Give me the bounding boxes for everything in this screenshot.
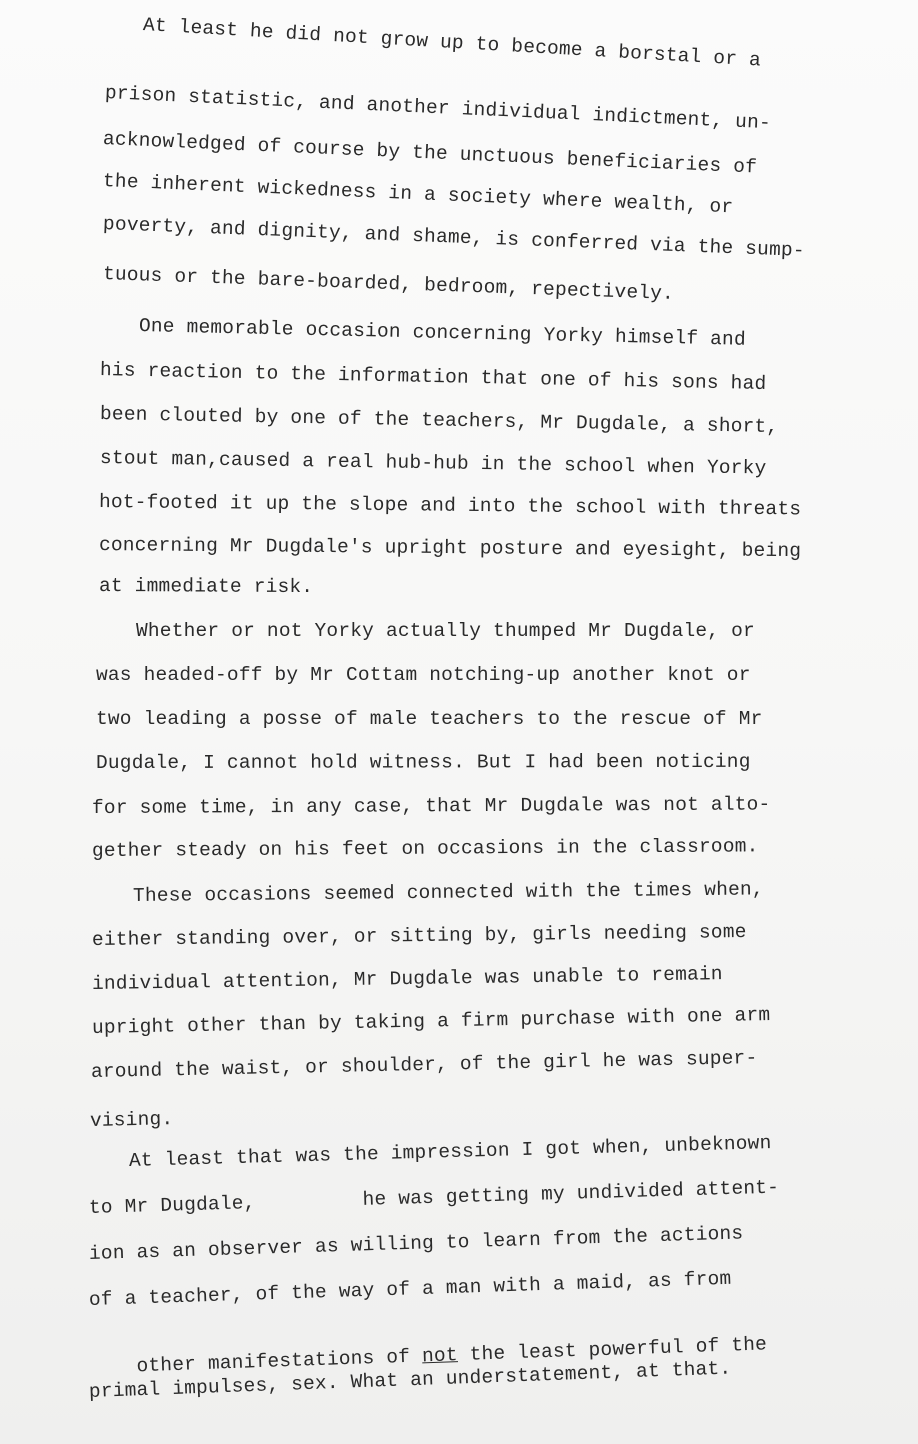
text-line: poverty, and dignity, and shame, is conf… [103,213,806,262]
text-line: the inherent wickedness in a society whe… [103,170,734,218]
text-line: individual attention, Mr Dugdale was una… [92,963,723,995]
text-line: at immediate risk. [99,575,313,598]
text-line: his reaction to the information that one… [100,359,767,395]
text-line: acknowledged of course by the unctuous b… [103,128,758,179]
text-line: upright other than by taking a firm purc… [92,1004,771,1039]
text-line: At least he did not grow up to become a … [142,14,761,72]
text-line: These occasions seemed connected with th… [133,878,764,907]
text-line: Dugdale, I cannot hold witness. But I ha… [96,751,751,774]
typewritten-page: At least he did not grow up to become a … [0,0,918,1444]
text-line: stout man,caused a real hub-hub in the s… [100,447,767,479]
text-line: tuous or the bare-boarded, bedroom, repe… [103,263,675,305]
text-line: vising. [90,1108,174,1132]
text-line: been clouted by one of the teachers, Mr … [100,403,779,438]
text-line: ion as an observer as willing to learn f… [89,1222,744,1265]
text-line: two leading a posse of male teachers to … [96,708,763,730]
text-line: Whether or not Yorky actually thumped Mr… [136,620,755,642]
text-line: either standing over, or sitting by, gir… [92,921,747,951]
text-line: was headed-off by Mr Cottam notching-up … [96,664,751,686]
text-line: At least that was the impression I got w… [129,1132,772,1172]
text-line: One memorable occasion concerning Yorky … [139,315,746,351]
text-line: for some time, in any case, that Mr Dugd… [92,793,771,819]
text-line: prison statistic, and another individual… [105,82,772,134]
text-line: to Mr Dugdale, he was getting my undivid… [89,1177,780,1219]
text-line: gether steady on his feet on occasions i… [92,835,759,862]
text-line: of a teacher, of the way of a man with a… [89,1268,732,1311]
underlined-word: not [422,1344,458,1367]
text-line: concerning Mr Dugdale's upright posture … [99,534,801,562]
text-line: around the waist, or shoulder, of the gi… [91,1047,758,1083]
text-line: hot-footed it up the slope and into the … [99,491,801,520]
